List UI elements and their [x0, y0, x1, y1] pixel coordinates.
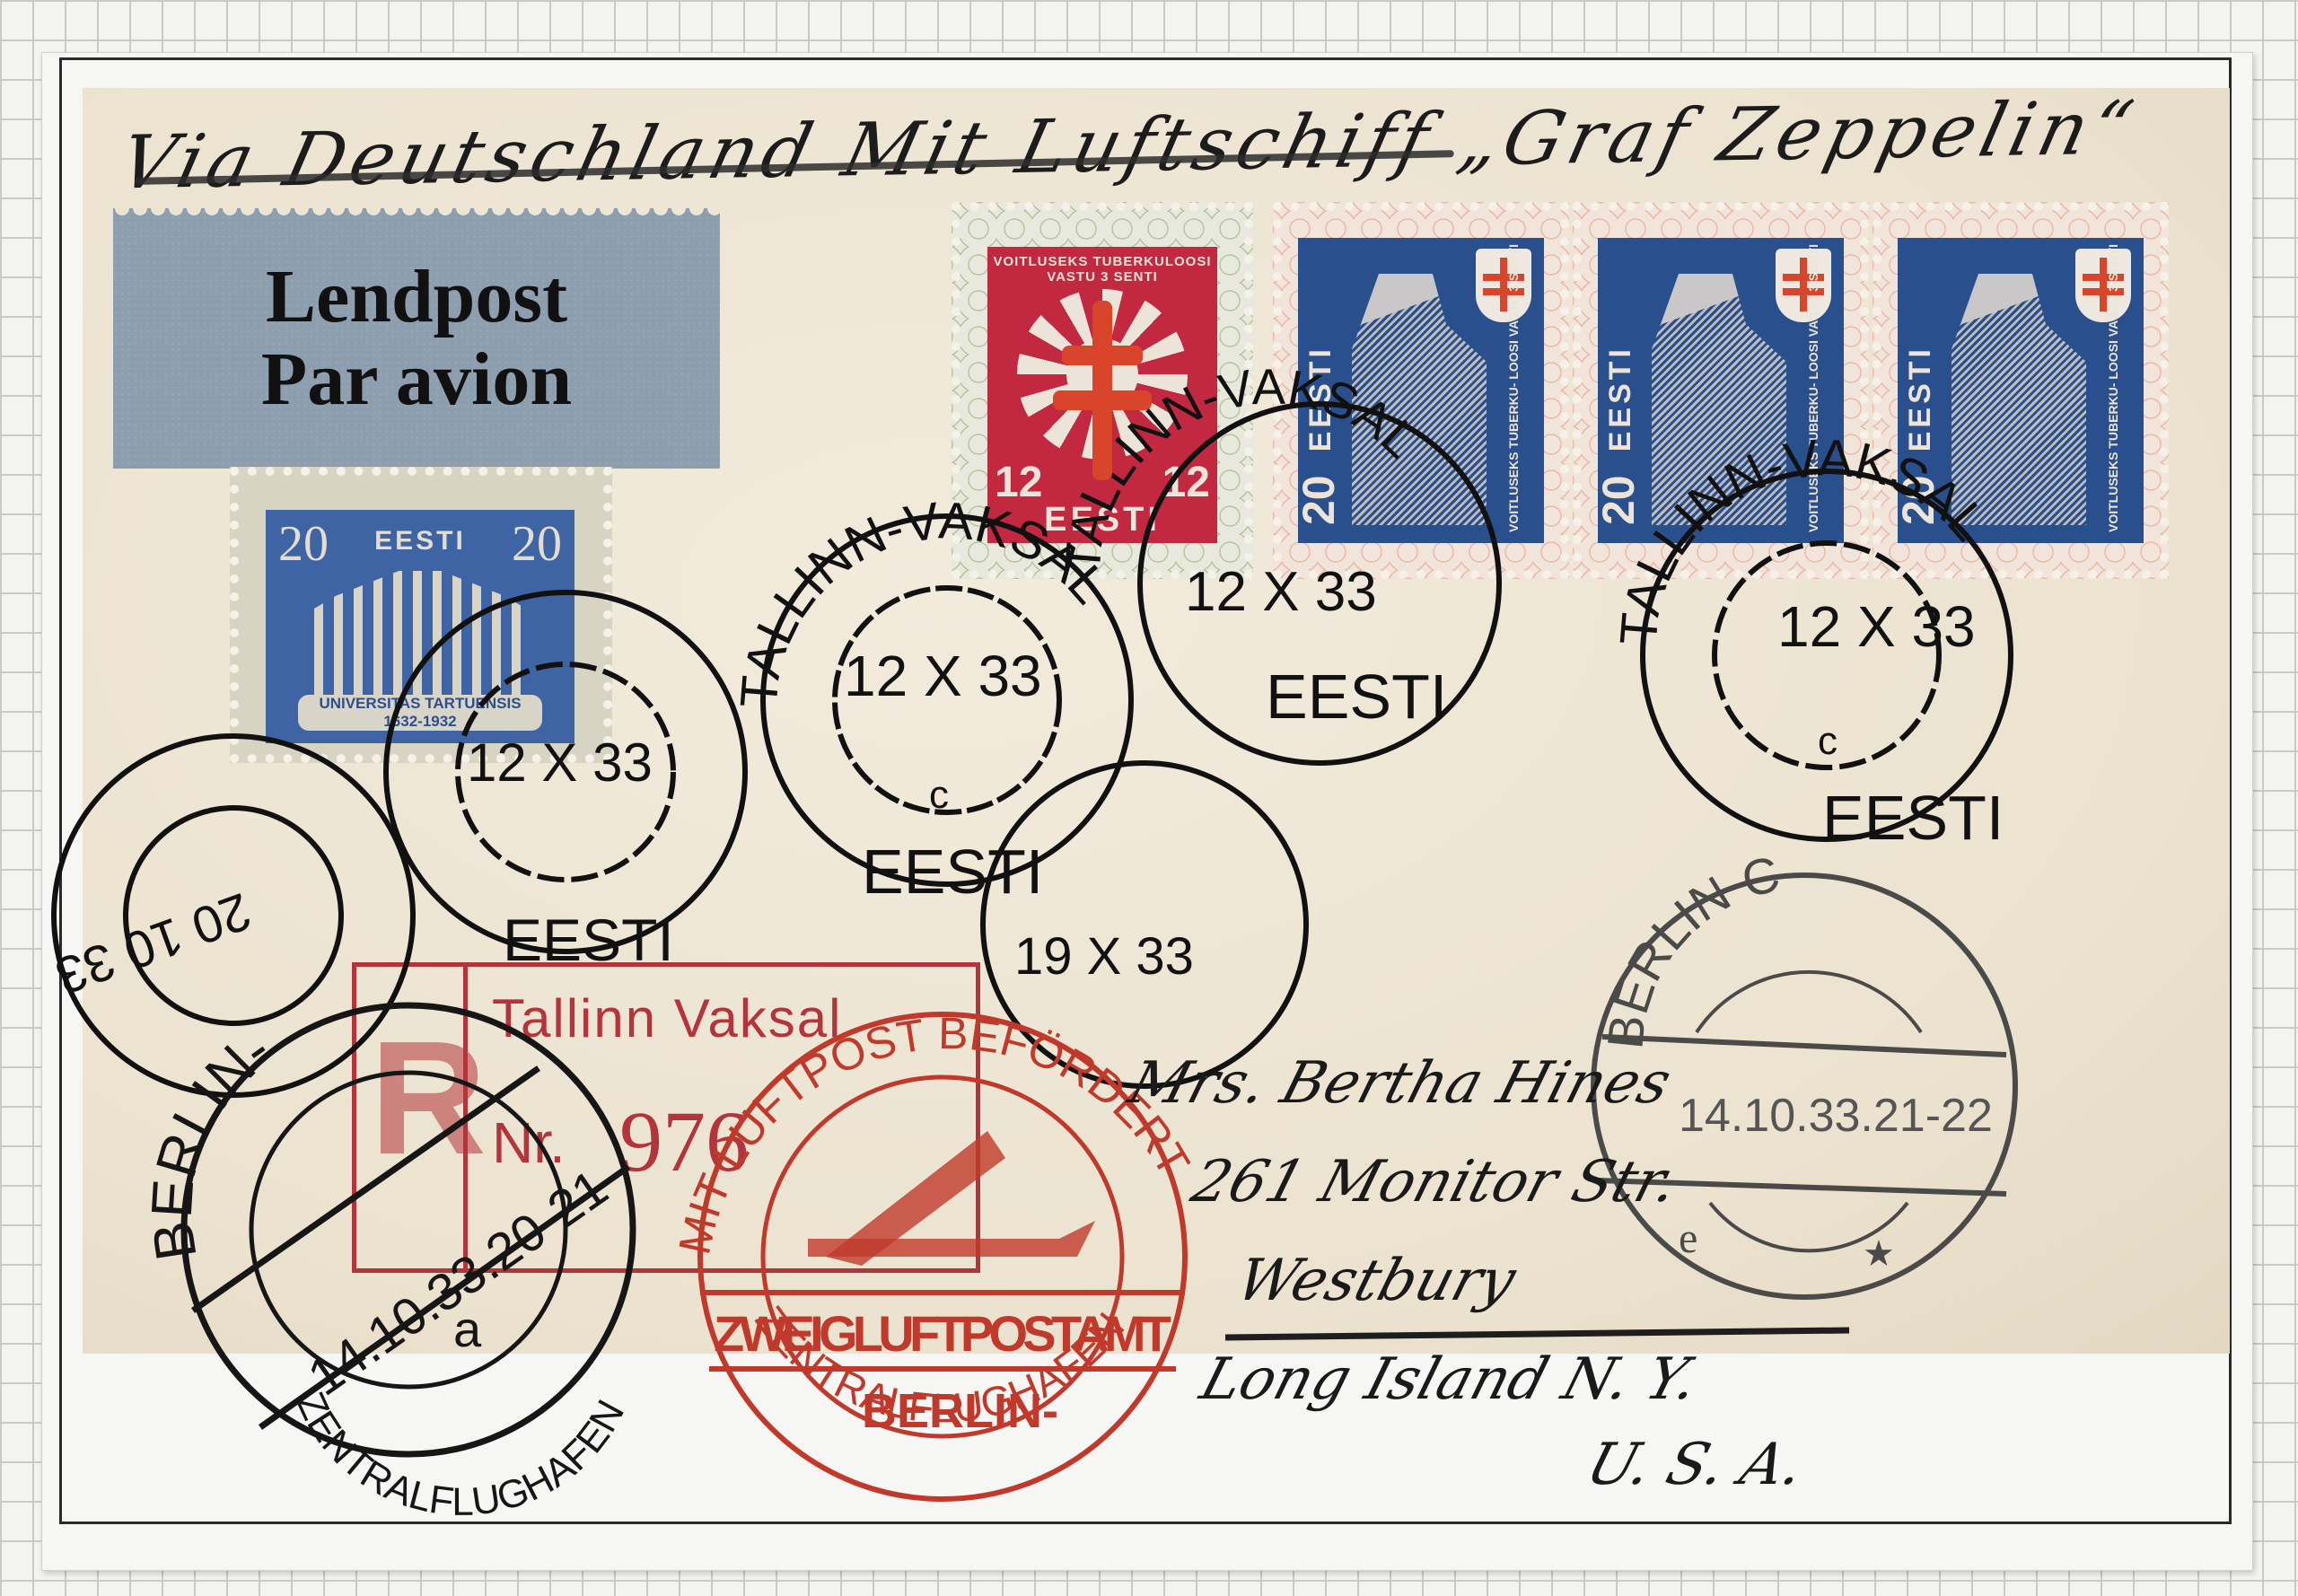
stamp-value: 20	[512, 515, 562, 573]
lorraine-cross-bar	[1062, 346, 1143, 365]
address-line-recipient: Mrs. Bertha Hines	[1121, 1050, 1678, 1117]
registration-nr-label: Nr.	[492, 1109, 566, 1176]
address-line-street: 261 Monitor Str.	[1184, 1149, 1685, 1215]
stamp-country: EESTI	[1903, 346, 1938, 452]
stamp-castle-blue: EESTI 20 VOITLUSEKS TUBERKU- LOOSI VASTU…	[1573, 202, 1869, 579]
stamp-value: 20	[1293, 475, 1345, 525]
stamp-value: 12	[995, 458, 1042, 507]
airmail-label-line1: Lendpost	[266, 256, 567, 338]
lorraine-cross-bar	[1053, 390, 1152, 410]
stamp-design: 20 EESTI 20 UNIVERSITAS TARTUENSIS 1632-…	[266, 510, 574, 743]
stamp-legend: VOITLUSEKS TUBERKU- LOOSI VASTU 3 SENTI	[2106, 244, 2140, 532]
stamp-legend: VOITLUSEKS TUBERKU- LOOSI VASTU 3 SENTI	[1806, 244, 1840, 532]
registration-letter: R	[370, 1005, 487, 1191]
stamp-design: VOITLUSEKS TUBERKULOOSI VASTU 3 SENTI 12…	[987, 247, 1217, 543]
stamp-castle-blue: EESTI 20 VOITLUSEKS TUBERKU- LOOSI VASTU…	[1273, 202, 1569, 579]
stamp-country: EESTI	[1603, 346, 1638, 452]
stamp-legend: UNIVERSITAS TARTUENSIS 1632-1932	[298, 695, 542, 731]
stamp-castle-blue: EESTI 20 VOITLUSEKS TUBERKU- LOOSI VASTU…	[1873, 202, 2169, 579]
registration-number: 976	[619, 1092, 749, 1191]
stamp-value: 20	[1892, 475, 1944, 525]
stamp-design: EESTI 20 VOITLUSEKS TUBERKU- LOOSI VASTU…	[1298, 238, 1544, 543]
airmail-etiquette: Lendpost Par avion	[113, 208, 720, 469]
address-line-town: Westbury	[1229, 1248, 1522, 1314]
stamp-tartu-university: 20 EESTI 20 UNIVERSITAS TARTUENSIS 1632-…	[230, 467, 612, 763]
stamp-value: 20	[1592, 475, 1645, 525]
address-line-country: U. S. A.	[1579, 1432, 1811, 1498]
university-building-icon	[314, 571, 526, 697]
registration-office: Tallinn Vaksal	[492, 987, 842, 1049]
stamp-legend: VOITLUSEKS TUBERKULOOSI VASTU 3 SENTI	[987, 254, 1217, 285]
airmail-label-line2: Par avion	[261, 338, 572, 421]
castle-icon	[1952, 274, 2086, 525]
stamp-value: 12	[1162, 458, 1210, 507]
stamp-tuberculosis-red: VOITLUSEKS TUBERKULOOSI VASTU 3 SENTI 12…	[952, 202, 1253, 579]
address-line-state: Long Island N. Y.	[1193, 1346, 1706, 1413]
stamp-design: EESTI 20 VOITLUSEKS TUBERKU- LOOSI VASTU…	[1898, 238, 2144, 543]
stamp-country: EESTI	[1303, 346, 1338, 452]
stamp-country: EESTI	[987, 501, 1217, 539]
castle-icon	[1352, 274, 1487, 525]
stamp-design: EESTI 20 VOITLUSEKS TUBERKU- LOOSI VASTU…	[1598, 238, 1844, 543]
castle-icon	[1652, 274, 1786, 525]
stamp-legend: VOITLUSEKS TUBERKU- LOOSI VASTU 3 SENTI	[1506, 244, 1540, 532]
